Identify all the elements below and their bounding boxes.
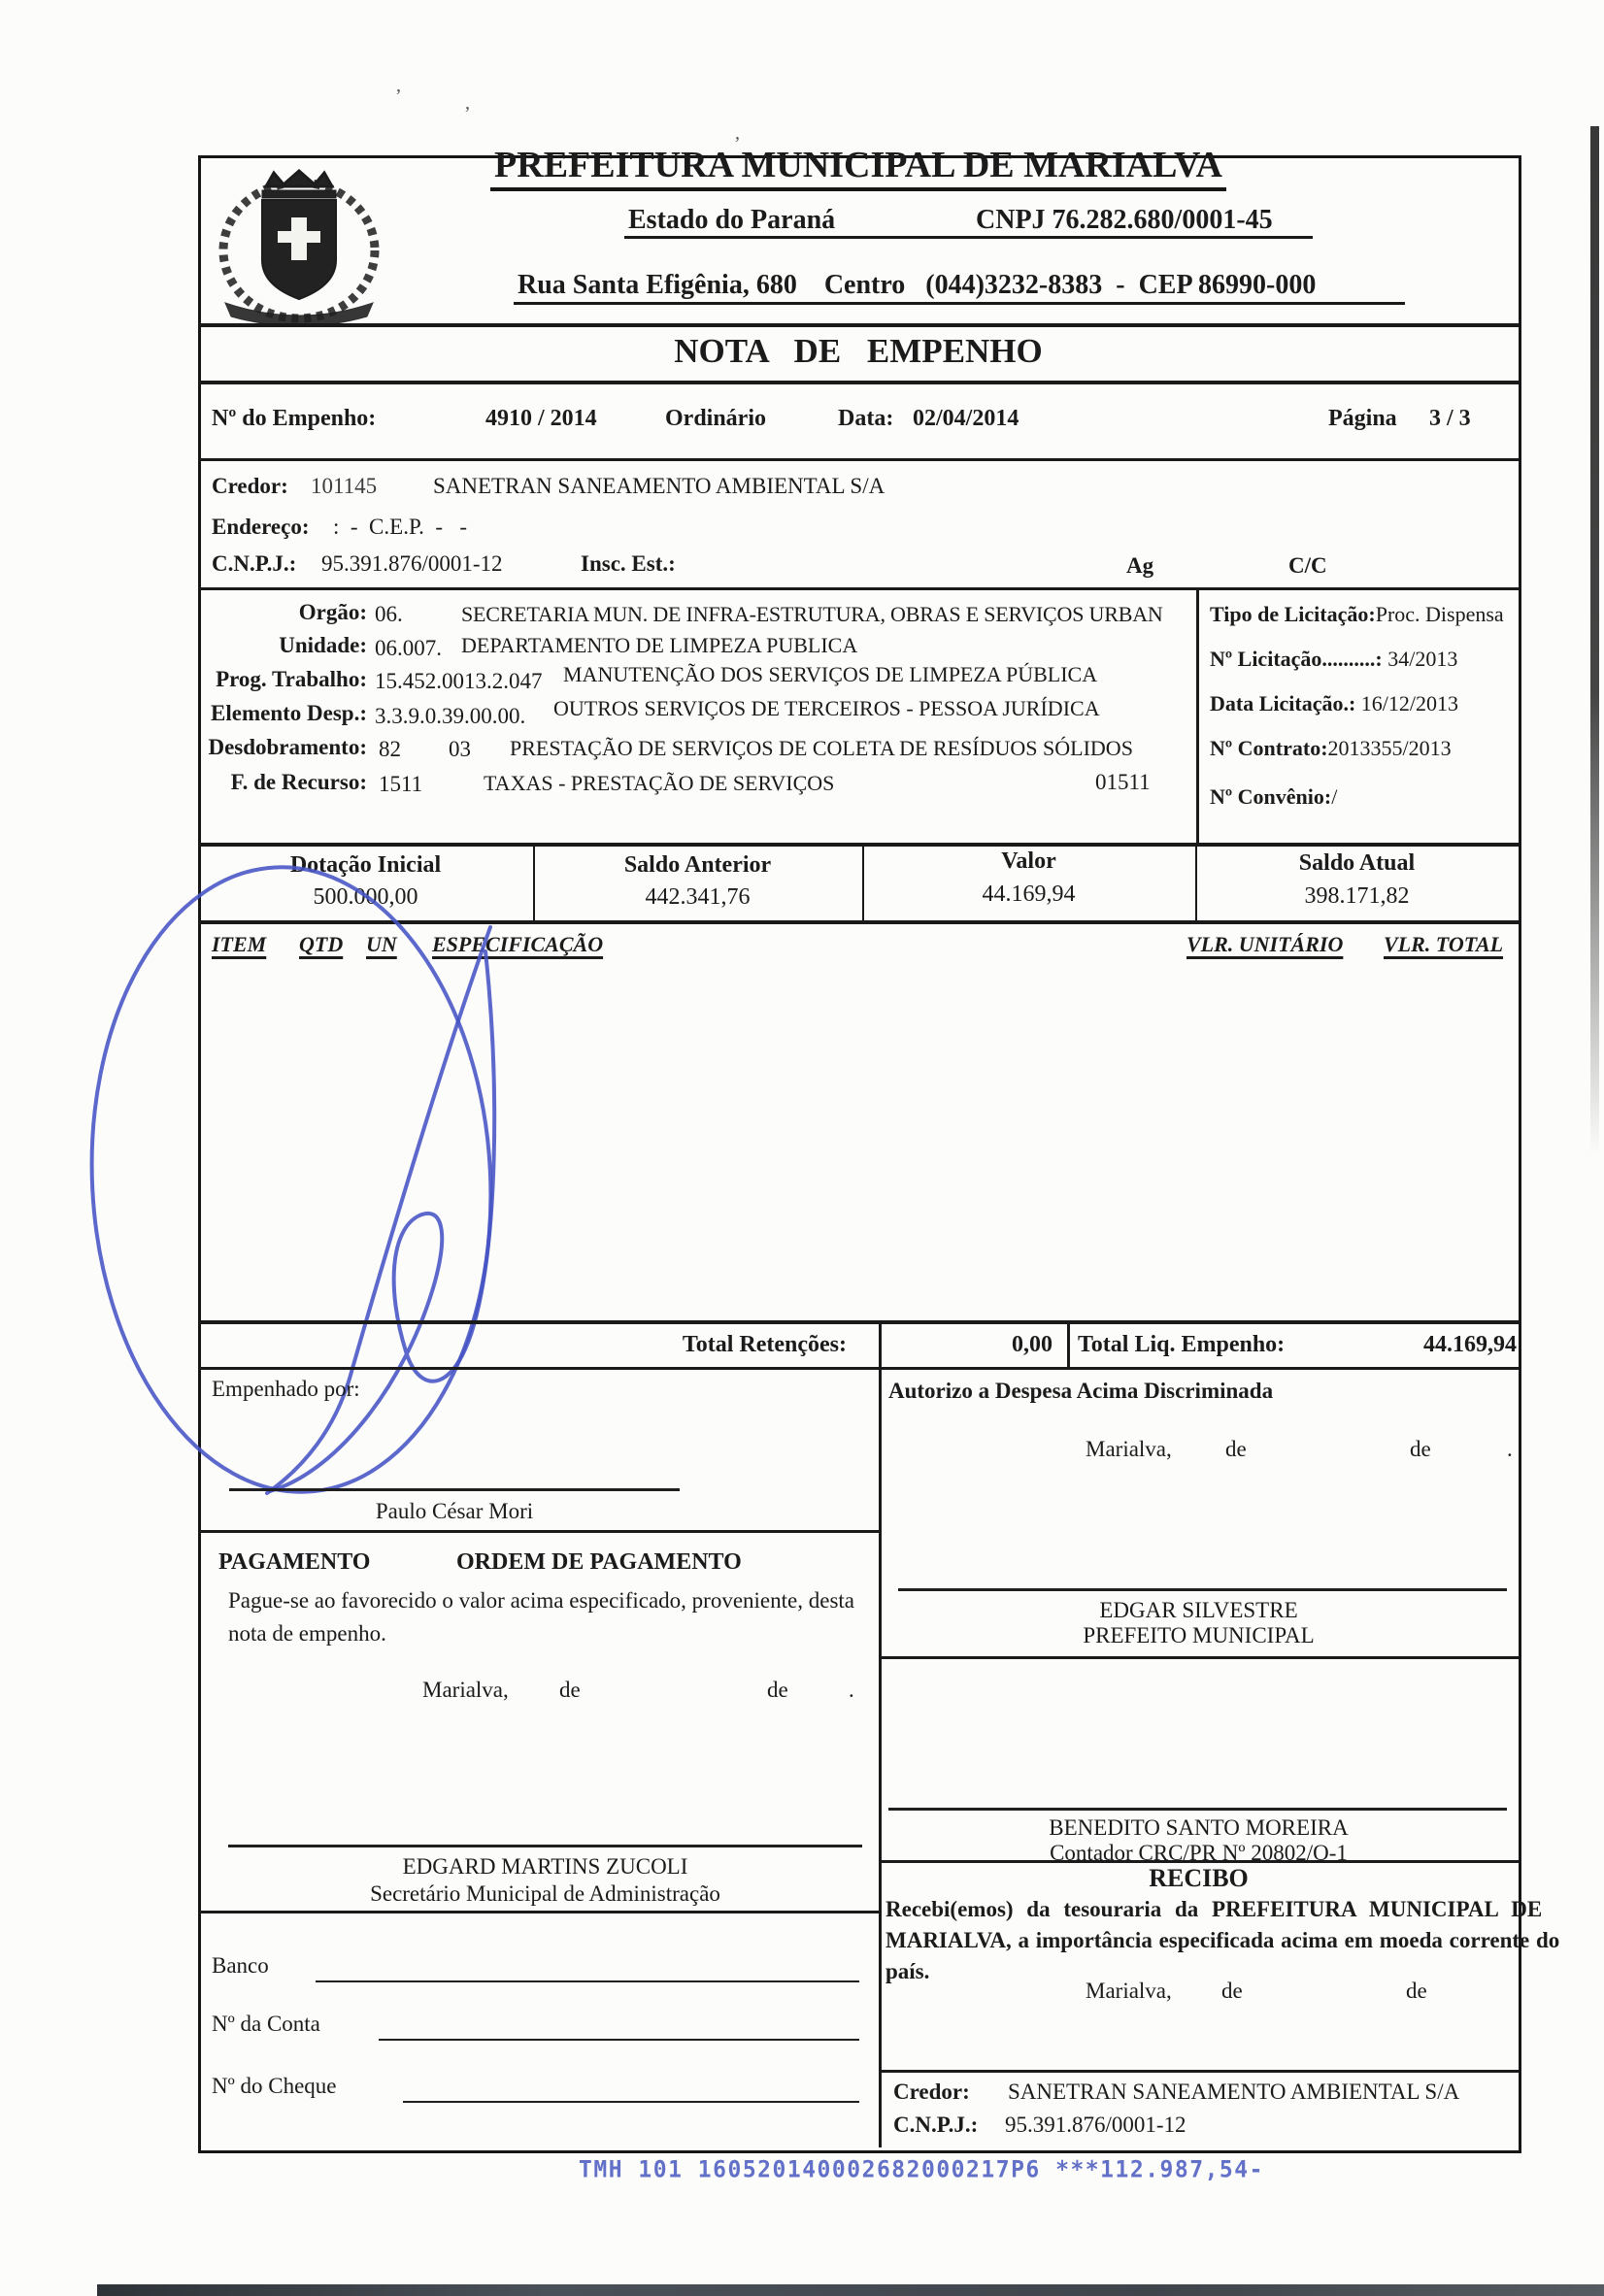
work-program-desc: MANUTENÇÃO DOS SERVIÇOS DE LIMPEZA PÚBLI… (563, 662, 1097, 687)
payment-text-line2: nota de empenho. (228, 1621, 386, 1647)
expense-element-desc: OUTROS SERVIÇOS DE TERCEIROS - PESSOA JU… (553, 696, 1100, 721)
payment-de2: de (767, 1678, 788, 1703)
signer-name: EDGAR SILVESTRE (1099, 1598, 1297, 1622)
expense-element-label: Elemento Desp.: (115, 701, 367, 726)
agreement-number-row: Nº Convênio:/ (1210, 784, 1337, 810)
account-number-label: Nº da Conta (212, 2012, 320, 2037)
receipt-city: Marialva, (1086, 1979, 1172, 2004)
current-balance-header: Saldo Atual (1195, 850, 1519, 877)
col-divider (1067, 1320, 1070, 1367)
section-divider (198, 458, 1519, 461)
breakdown-code: 82 (379, 737, 401, 762)
agreement-number-value: / (1331, 784, 1337, 809)
empenho-date-label: Data: (838, 406, 893, 432)
section-divider (198, 587, 1519, 590)
state-registration-label: Insc. Est.: (581, 551, 676, 577)
col-divider (862, 843, 864, 920)
contract-number-row: Nº Contrato:2013355/2013 (1210, 736, 1452, 761)
empenho-number-value: 4910 / 2014 (485, 406, 597, 432)
doc-title-container: NOTA DE EMPENHO (198, 332, 1519, 371)
mayor-role: PREFEITO MUNICIPAL (879, 1623, 1519, 1648)
col-divider (533, 843, 535, 920)
header-underline (624, 236, 1313, 239)
col-value: 44.169,94 (983, 882, 1076, 907)
section-divider (879, 1656, 1519, 1659)
creditor-cnpj-value: 95.391.876/0001-12 (321, 551, 503, 577)
bidding-type-value: Proc. Dispensa (1376, 602, 1504, 626)
value-header: Valor (862, 849, 1195, 875)
band-divider (198, 381, 1519, 384)
municipal-coat-of-arms-icon (206, 167, 392, 324)
receipt-creditor-value: SANETRAN SANEAMENTO AMBIENTAL S/A (1008, 2080, 1459, 2105)
col-value: 398.171,82 (1305, 883, 1410, 909)
stray-mark: , (735, 122, 740, 145)
unit-desc: DEPARTAMENTO DE LIMPEZA PUBLICA (461, 633, 857, 658)
resource-source-code: 1511 (379, 772, 422, 797)
breakdown-label: Desdobramento: (105, 735, 367, 760)
value-value: 44.169,94 (862, 882, 1195, 908)
unit-code: 06.007. (375, 636, 442, 661)
total-retentions-value: 0,00 (917, 1332, 1053, 1358)
doc-title: NOTA DE EMPENHO (674, 332, 1043, 370)
col-header: Valor (1001, 849, 1055, 874)
address-value: : - C.E.P. - - (333, 515, 467, 540)
receipt-cnpj-value: 95.391.876/0001-12 (1005, 2113, 1186, 2138)
payment-city: Marialva, (422, 1678, 509, 1703)
col-divider (1195, 843, 1197, 920)
bidding-number-row: Nº Licitação..........: 34/2013 (1210, 647, 1457, 672)
signer-name: EDGARD MARTINS ZUCOLI (403, 1854, 688, 1879)
receipt-de1: de (1221, 1979, 1243, 2004)
current-balance-value: 398.171,82 (1195, 883, 1519, 910)
resource-source-extra-code: 01511 (1095, 770, 1151, 795)
bidding-number-value: 34/2013 (1387, 647, 1457, 671)
contract-number-value: 2013355/2013 (1328, 736, 1452, 760)
contract-number-label: Nº Contrato: (1210, 736, 1328, 760)
receipt-de2: de (1406, 1979, 1427, 2004)
payment-de1: de (559, 1678, 581, 1703)
empenho-type: Ordinário (665, 406, 766, 432)
items-col-vlr-unitario: VLR. UNITÁRIO (1186, 932, 1343, 957)
resource-source-label: F. de Recurso: (124, 770, 367, 795)
receipt-cnpj-label: C.N.P.J.: (893, 2113, 978, 2138)
section-divider (198, 1530, 882, 1533)
secretary-signature: EDGARD MARTINS ZUCOLI (228, 1854, 862, 1880)
address-label: Endereço: (212, 515, 310, 540)
authorize-expense-title: Autorizo a Despesa Acima Discriminada (888, 1379, 1273, 1404)
signer-role: Secretário Municipal de Administração (370, 1881, 720, 1906)
agency-label: Ag (1126, 553, 1153, 579)
scan-edge-streak (1590, 126, 1599, 1155)
cheque-number-label: Nº do Cheque (212, 2074, 337, 2099)
resource-source-desc: TAXAS - PRESTAÇÃO DE SERVIÇOS (484, 771, 834, 796)
panel-divider (1196, 587, 1199, 843)
section-divider (879, 1860, 1519, 1863)
unit-label: Unidade: (134, 633, 367, 658)
header-state-label: Estado do Paraná (628, 205, 835, 236)
receipt-creditor-label: Credor: (893, 2080, 970, 2105)
signer-name: BENEDITO SANTO MOREIRA (1049, 1815, 1348, 1840)
authorize-period: . (1507, 1437, 1513, 1462)
col-divider (879, 1320, 882, 1367)
section-divider (198, 1911, 882, 1913)
empenho-date-value: 02/04/2014 (913, 406, 1019, 432)
column-divider (879, 1367, 882, 2147)
previous-balance-value: 442.341,76 (533, 884, 862, 911)
section-divider (198, 1367, 1519, 1370)
creditor-code: 101145 (311, 474, 377, 499)
breakdown-code2: 03 (449, 737, 471, 762)
stray-mark: ’ (395, 85, 402, 108)
bidding-type-label: Tipo de Licitação: (1210, 602, 1376, 626)
bank-authentication-print: TMH 101 160520140002682000217P6 ***112.9… (579, 2156, 1264, 2183)
creditor-name: SANETRAN SANEAMENTO AMBIENTAL S/A (433, 474, 885, 499)
total-liquid-label: Total Liq. Empenho: (1078, 1332, 1285, 1358)
agreement-number-label: Nº Convênio: (1210, 784, 1331, 809)
header-title-container: PREFEITURA MUNICIPAL DE MARIALVA (198, 144, 1519, 186)
signer-name: Paulo César Mori (376, 1499, 533, 1523)
total-liquid-value: 44.169,94 (1352, 1332, 1517, 1358)
bank-label: Banco (212, 1953, 269, 1979)
page-number-label: Página (1328, 406, 1397, 432)
work-program-label: Prog. Trabalho: (115, 667, 367, 692)
header-underline (514, 302, 1405, 305)
receipt-text-line3: país. (886, 1959, 929, 1984)
committed-by-label: Empenhado por: (212, 1377, 360, 1402)
col-value: 442.341,76 (646, 884, 751, 910)
empenho-number-label: Nº do Empenho: (212, 406, 376, 432)
receipt-title-container: RECIBO (879, 1864, 1519, 1893)
account-label: C/C (1288, 553, 1327, 579)
col-header: Saldo Anterior (624, 852, 771, 878)
band-divider (198, 323, 1519, 327)
signature-line (228, 1845, 862, 1847)
breakdown-desc: PRESTAÇÃO DE SERVIÇOS DE COLETA DE RESÍD… (510, 736, 1133, 761)
blue-pen-scribble (68, 835, 524, 1534)
stray-mark: ’ (464, 103, 471, 125)
signature-line (229, 1488, 680, 1491)
page-title: PREFEITURA MUNICIPAL DE MARIALVA (490, 145, 1226, 191)
payment-text-line1: Pague-se ao favorecido o valor acima esp… (228, 1588, 854, 1614)
previous-balance-header: Saldo Anterior (533, 852, 862, 879)
signature-line (898, 1588, 1507, 1591)
authorize-de2: de (1410, 1437, 1431, 1462)
secretary-role: Secretário Municipal de Administração (228, 1881, 862, 1907)
accountant-signature: BENEDITO SANTO MOREIRA (879, 1815, 1519, 1841)
bidding-date-label: Data Licitação.: (1210, 691, 1355, 715)
account-fill-line (379, 2039, 859, 2041)
authorize-city: Marialva, (1086, 1437, 1172, 1462)
creditor-cnpj-label: C.N.P.J.: (212, 551, 296, 577)
receipt-text-line1: Recebi(emos) da tesouraria da PREFEITURA… (886, 1897, 1542, 1922)
receipt-title: RECIBO (1149, 1864, 1249, 1892)
header-address-line: Rua Santa Efigênia, 680 Centro (044)3232… (518, 270, 1316, 301)
creditor-label: Credor: (212, 474, 288, 499)
mayor-signature: EDGAR SILVESTRE (879, 1598, 1519, 1623)
receipt-text-line2: MARIALVA, a importância especificada aci… (886, 1928, 1559, 1953)
expense-element-code: 3.3.9.0.39.00.00. (375, 704, 525, 729)
bank-fill-line (316, 1980, 859, 1982)
work-program-code: 15.452.0013.2.047 (375, 669, 543, 694)
organ-desc: SECRETARIA MUN. DE INFRA-ESTRUTURA, OBRA… (461, 602, 1163, 627)
total-retentions-label: Total Retenções: (555, 1332, 847, 1358)
payment-period: . (849, 1678, 854, 1703)
bidding-number-label: Nº Licitação..........: (1210, 647, 1383, 671)
cheque-fill-line (403, 2101, 859, 2103)
items-col-vlr-total: VLR. TOTAL (1384, 932, 1503, 957)
payment-order-title: ORDEM DE PAGAMENTO (456, 1549, 742, 1576)
header-cnpj-label: CNPJ 76.282.680/0001-45 (976, 205, 1273, 236)
authorize-de1: de (1225, 1437, 1247, 1462)
scanned-nota-de-empenho-page: ’ ’ , PREFEITURA MUNICIPAL DE MARIALVA E… (0, 0, 1604, 2296)
signer-role: PREFEITO MUNICIPAL (1083, 1623, 1314, 1647)
scan-bottom-band (97, 2284, 1604, 2296)
section-divider (879, 2070, 1519, 2073)
bidding-date-row: Data Licitação.: 16/12/2013 (1210, 691, 1458, 716)
organ-label: Orgão: (134, 600, 367, 625)
committed-by-signature: Paulo César Mori (229, 1499, 680, 1524)
payment-section-label: PAGAMENTO (218, 1549, 370, 1576)
section-divider (198, 1320, 1519, 1324)
col-header: Saldo Atual (1299, 850, 1415, 876)
bidding-date-value: 16/12/2013 (1361, 691, 1458, 715)
page-number-value: 3 / 3 (1429, 406, 1471, 432)
organ-code: 06. (375, 602, 403, 627)
bidding-type-row: Tipo de Licitação:Proc. Dispensa (1210, 602, 1504, 627)
signature-line (888, 1808, 1507, 1811)
